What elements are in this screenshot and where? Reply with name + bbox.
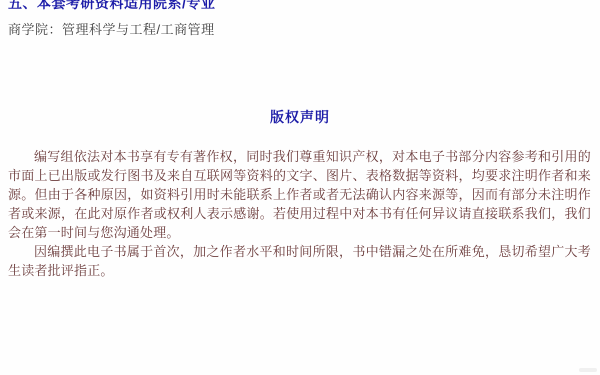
copyright-notice-body: 编写组依法对本书享有专有著作权，同时我们尊重知识产权，对本电子书部分内容参考和引… <box>8 147 591 280</box>
copyright-paragraph-1: 编写组依法对本书享有专有著作权，同时我们尊重知识产权，对本电子书部分内容参考和引… <box>8 147 591 242</box>
section-title: 五、本套考研资料适用院系/专业 <box>8 0 600 13</box>
copyright-notice-heading: 版权声明 <box>0 107 600 127</box>
section-entry-business-school: 商学院：管理科学与工程/工商管理 <box>8 19 600 38</box>
copyright-paragraph-2: 因编撰此电子书属于首次，加之作者水平和时间所限，书中错漏之处在所难免，恳切希望广… <box>8 242 591 280</box>
corner-artifact <box>579 368 597 372</box>
ebook-page: 五、本套考研资料适用院系/专业 商学院：管理科学与工程/工商管理 版权声明 编写… <box>0 0 600 375</box>
